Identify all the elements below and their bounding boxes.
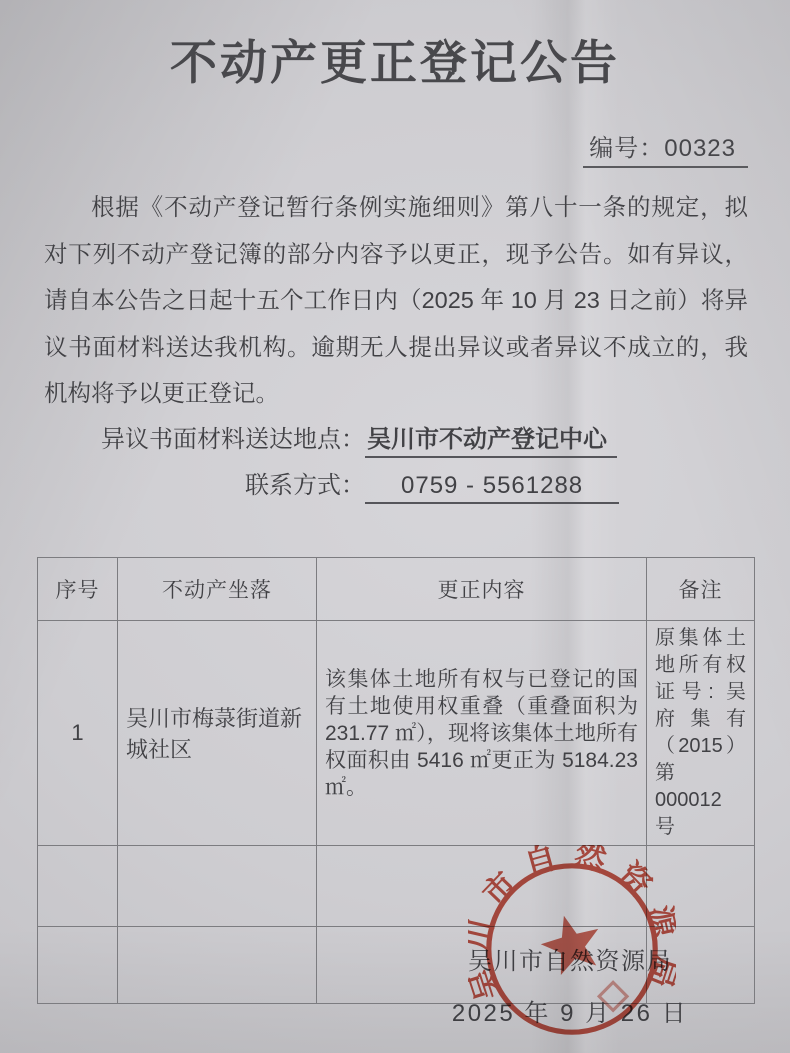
- cell-note: 原集体土地所有权证号: 吴府集有（2015）第 000012 号: [647, 621, 755, 846]
- issuer-name: 吴川市自然资源局: [420, 941, 720, 976]
- col-header-content: 更正内容: [317, 558, 647, 621]
- correction-table: 序号 不动产坐落 更正内容 备注 1 吴川市梅菉街道新城社区 该集体土地所有权与…: [37, 557, 755, 1004]
- delivery-address-row: 异议书面材料送达地点： 吴川市不动产登记中心: [0, 419, 790, 465]
- cell-location: [118, 846, 317, 927]
- cell-content: [317, 846, 647, 927]
- signature-block: 吴川市自然资源局 2025 年 9 月 26 日: [420, 941, 720, 1028]
- delivery-address-value: 吴川市不动产登记中心: [365, 419, 617, 458]
- contact-row: 联系方式： 0759 - 5561288: [0, 465, 790, 511]
- doc-number: 编号：00323: [583, 128, 748, 168]
- cell-location: [118, 927, 317, 1004]
- issue-date: 2025 年 9 月 26 日: [420, 993, 720, 1028]
- col-header-note: 备注: [647, 558, 755, 621]
- doc-number-text: 编号：00323: [583, 128, 748, 168]
- cell-note: [647, 846, 755, 927]
- document-page: 不动产更正登记公告 编号：00323 根据《不动产登记暂行条例实施细则》第八十一…: [0, 0, 790, 1053]
- col-header-location: 不动产坐落: [118, 558, 317, 621]
- delivery-address-label: 异议书面材料送达地点：: [0, 419, 365, 454]
- contact-value: 0759 - 5561288: [365, 472, 619, 504]
- cell-content: 该集体土地所有权与已登记的国有土地使用权重叠（重叠面积为 231.77 ㎡），现…: [317, 621, 647, 846]
- table-row: [38, 846, 755, 927]
- cell-seq: 1: [38, 621, 118, 846]
- page-title: 不动产更正登记公告: [0, 26, 790, 93]
- cell-seq: [38, 846, 118, 927]
- table-header-row: 序号 不动产坐落 更正内容 备注: [38, 558, 755, 621]
- cell-seq: [38, 927, 118, 1004]
- contact-label: 联系方式：: [0, 465, 365, 500]
- announcement-body: 根据《不动产登记暂行条例实施细则》第八十一条的规定，拟对下列不动产登记簿的部分内…: [44, 184, 748, 417]
- delivery-info-block: 异议书面材料送达地点： 吴川市不动产登记中心 联系方式： 0759 - 5561…: [0, 419, 790, 511]
- table-row: 1 吴川市梅菉街道新城社区 该集体土地所有权与已登记的国有土地使用权重叠（重叠面…: [38, 621, 755, 846]
- col-header-seq: 序号: [38, 558, 118, 621]
- cell-location: 吴川市梅菉街道新城社区: [118, 621, 317, 846]
